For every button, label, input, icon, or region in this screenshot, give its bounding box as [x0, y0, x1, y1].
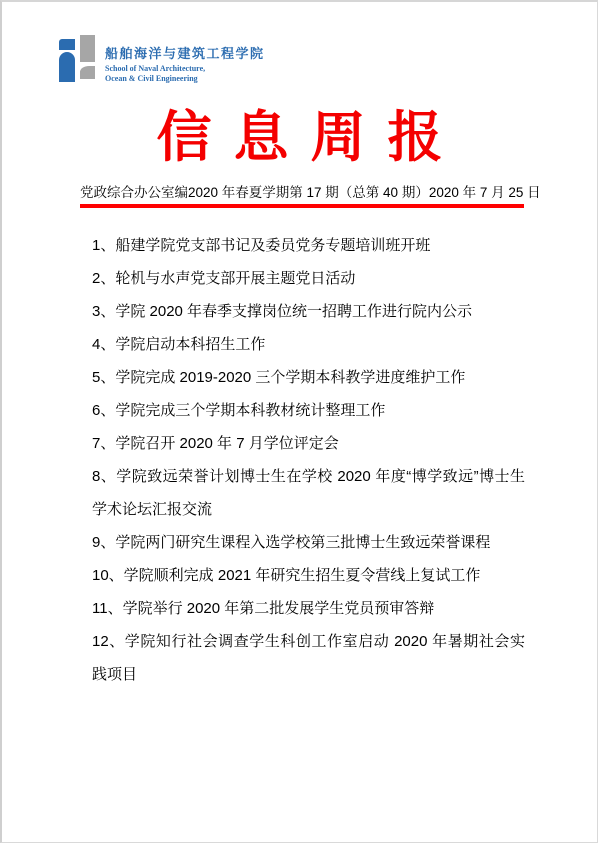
- school-logo: 船舶海洋与建筑工程学院 School of Naval Architecture…: [59, 35, 265, 84]
- logo-gray-block-icon: [80, 35, 95, 62]
- list-item: 12、学院知行社会调查学生科创工作室启动 2020 年暑期社会实践项目: [92, 625, 525, 691]
- page-title: 信息周报: [2, 108, 597, 166]
- list-item: 9、学院两门研究生课程入选学校第三批博士生致远荣誉课程: [92, 526, 525, 559]
- list-item: 4、学院启动本科招生工作: [92, 328, 525, 361]
- list-item: 7、学院召开 2020 年 7 月学位评定会: [92, 427, 525, 460]
- masthead: 党政综合办公室编 2020 年春夏学期第 17 期（总第 40 期） 2020 …: [80, 184, 524, 201]
- school-name-en-line2: Ocean & Civil Engineering: [105, 74, 265, 84]
- list-item: 8、学院致远荣誉计划博士生在学校 2020 年度“博学致远”博士生学术论坛汇报交…: [92, 460, 525, 526]
- list-item: 10、学院顺利完成 2021 年研究生招生夏令营线上复试工作: [92, 559, 525, 592]
- logo-gray-block-small-icon: [80, 66, 95, 79]
- school-name-en: School of Naval Architecture, Ocean & Ci…: [105, 64, 265, 84]
- list-item: 1、船建学院党支部书记及委员党务专题培训班开班: [92, 229, 525, 262]
- school-name-zh: 船舶海洋与建筑工程学院: [105, 43, 265, 62]
- list-item: 11、学院举行 2020 年第二批发展学生党员预审答辩: [92, 592, 525, 625]
- logo-blue-arch-icon: [59, 52, 75, 82]
- school-logo-icon: [59, 35, 97, 82]
- masthead-date: 2020 年 7 月 25 日: [429, 184, 541, 201]
- list-item: 2、轮机与水声党支部开展主题党日活动: [92, 262, 525, 295]
- list-item: 3、学院 2020 年春季支撑岗位统一招聘工作进行院内公示: [92, 295, 525, 328]
- school-name: 船舶海洋与建筑工程学院 School of Naval Architecture…: [105, 35, 265, 84]
- red-divider: [80, 204, 524, 208]
- headline-list: 1、船建学院党支部书记及委员党务专题培训班开班 2、轮机与水声党支部开展主题党日…: [92, 229, 525, 691]
- masthead-issue: 2020 年春夏学期第 17 期（总第 40 期）: [188, 184, 429, 201]
- list-item: 5、学院完成 2019-2020 三个学期本科教学进度维护工作: [92, 361, 525, 394]
- logo-blue-block-icon: [59, 39, 75, 50]
- weekly-report-page: 船舶海洋与建筑工程学院 School of Naval Architecture…: [0, 0, 598, 843]
- school-name-en-line1: School of Naval Architecture,: [105, 64, 265, 74]
- list-item: 6、学院完成三个学期本科教材统计整理工作: [92, 394, 525, 427]
- masthead-editor: 党政综合办公室编: [80, 184, 188, 201]
